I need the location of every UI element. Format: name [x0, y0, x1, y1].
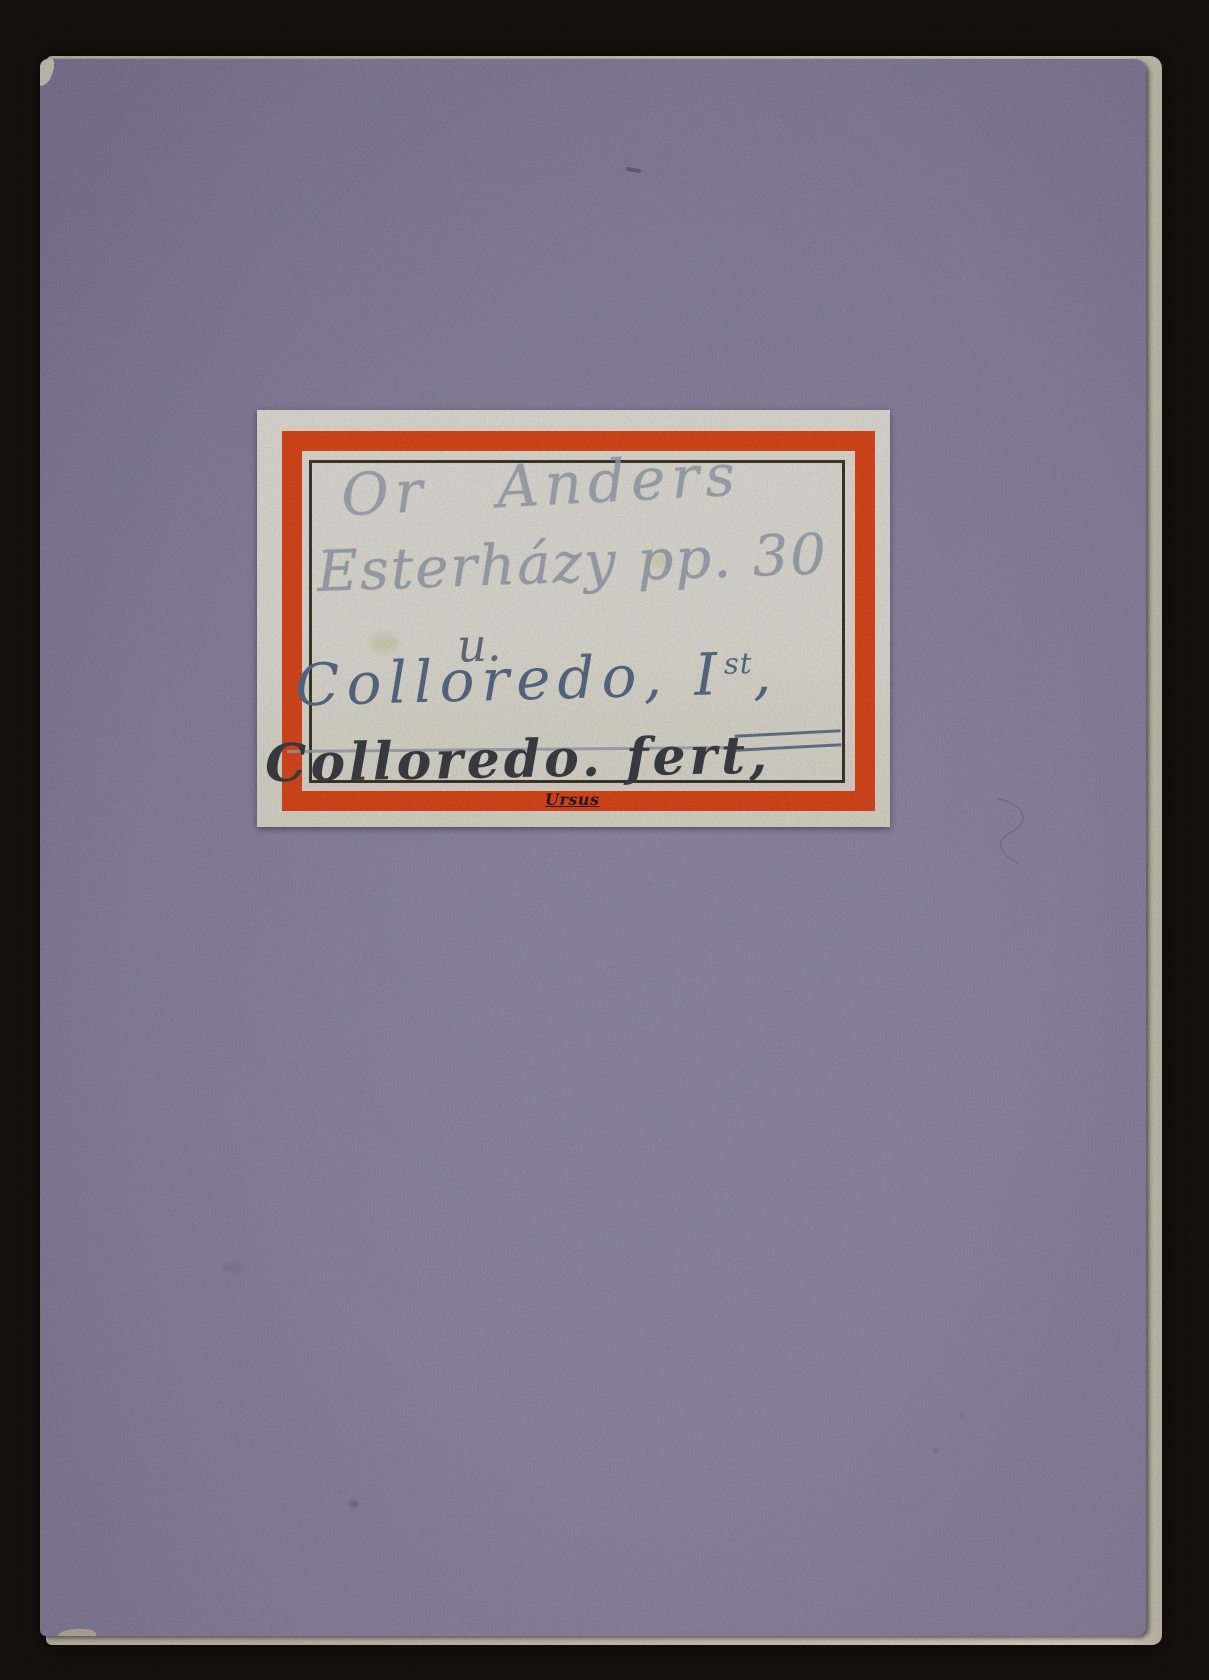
cover-stain [626, 167, 641, 174]
cover-corner-wear-top-left [40, 59, 57, 88]
cover-corner-wear-bottom-left [58, 1628, 97, 1636]
handwritten-line-4-tail: , [752, 639, 779, 708]
handwritten-line-2: Esterházy pp. 30 [316, 527, 829, 601]
cover-stain [960, 1414, 964, 1418]
printer-mark: Ursus [545, 790, 600, 809]
pencil-squiggle-mark [988, 793, 1050, 871]
handwritten-line-4-superscript: st [723, 646, 752, 681]
notebook-cover: Or Anders Esterházy pp. 30 u. Colloredo,… [40, 59, 1146, 1636]
handwritten-line-5: Colloredo. fert, [265, 730, 772, 791]
archival-label: Or Anders Esterházy pp. 30 u. Colloredo,… [257, 410, 890, 827]
handwritten-line-4-main: Colloredo, I [294, 640, 725, 719]
cover-stain [222, 1263, 242, 1272]
cover-stain [348, 1500, 358, 1508]
photo-backdrop: Or Anders Esterházy pp. 30 u. Colloredo,… [0, 0, 1209, 1680]
handwritten-line-4: Colloredo, Ist, [294, 644, 779, 715]
cover-stain [933, 1448, 939, 1453]
handwritten-line-1: Or Anders [340, 446, 742, 525]
